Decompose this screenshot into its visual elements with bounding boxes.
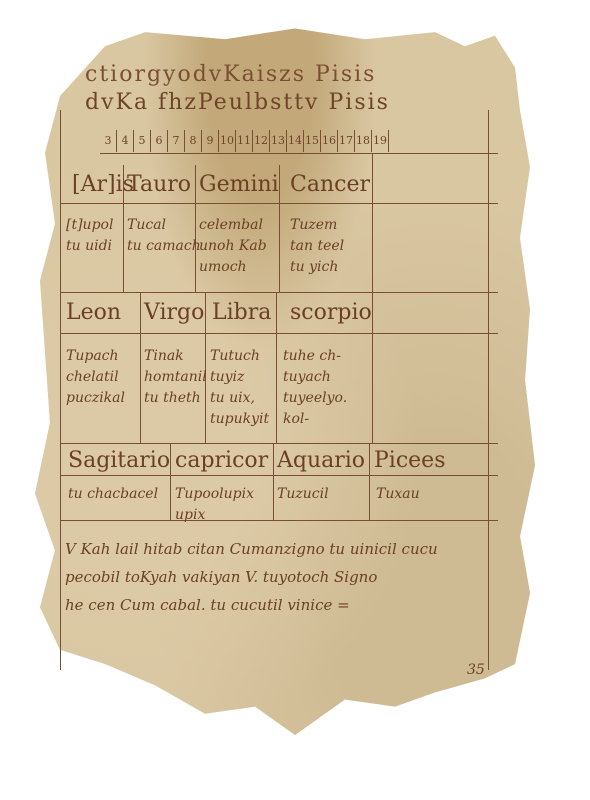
rule-line <box>372 153 373 443</box>
zodiac-sign-virgo: Virgo <box>144 300 204 325</box>
column-number: 4 <box>117 130 134 152</box>
gloss-cancer: Tuzem tan teel tu yich <box>290 215 344 278</box>
header-line-2: dvKa fhzPeulbsttv Pisis <box>85 90 390 115</box>
column-number: 9 <box>202 130 219 152</box>
column-number: 16 <box>321 130 338 152</box>
gloss-virgo: Tinak homtanil tu theth <box>144 346 207 409</box>
zodiac-sign-libra: Libra <box>212 300 271 325</box>
zodiac-sign-scorpio: scorpio <box>290 300 372 325</box>
rule-line <box>279 165 280 293</box>
column-number: 5 <box>134 130 151 152</box>
gloss-pisces: Tuxau <box>376 484 420 505</box>
column-number: 12 <box>253 130 270 152</box>
column-number: 17 <box>338 130 355 152</box>
gloss-libra: Tutuch tuyiz tu uix, tupukyit <box>210 346 269 430</box>
note-line-1: V Kah lail hitab citan Cumanzigno tu uin… <box>65 540 438 558</box>
column-numbers: 3 4 5 6 7 8 9 10 11 12 13 14 15 16 17 18… <box>100 130 389 152</box>
header-line-1: ctiorgyodvKaiszs Pisis <box>85 62 376 87</box>
zodiac-sign-aries: [Ar]is <box>72 172 134 197</box>
zodiac-sign-sagittarius: Sagitario <box>68 448 170 473</box>
zodiac-sign-leo: Leon <box>66 300 121 325</box>
column-number: 3 <box>100 130 117 152</box>
rule-line <box>60 475 498 476</box>
gloss-scorpio: tuhe ch- tuyach tuyeelyo. kol- <box>283 346 347 430</box>
gloss-gemini: celembal unoh Kab umoch <box>199 215 267 278</box>
gloss-sagittarius: tu chacbacel <box>68 484 158 505</box>
column-number: 6 <box>151 130 168 152</box>
zodiac-sign-gemini: Gemini <box>199 172 279 197</box>
zodiac-sign-pisces: Picees <box>374 448 446 473</box>
rule-line <box>140 293 141 443</box>
column-number: 15 <box>304 130 321 152</box>
rule-line <box>170 443 171 520</box>
gloss-leo: Tupach chelatil puczikal <box>66 346 125 409</box>
column-number: 7 <box>168 130 185 152</box>
gloss-capricorn: Tupoolupix upix <box>175 484 254 526</box>
column-number: 13 <box>270 130 287 152</box>
column-number: 8 <box>185 130 202 152</box>
zodiac-sign-aquarius: Aquario <box>277 448 365 473</box>
rule-line <box>276 293 277 443</box>
rule-line <box>273 443 274 520</box>
rule-line <box>100 153 498 154</box>
gloss-aquarius: Tuzucil <box>277 484 329 505</box>
rule-line <box>488 110 489 670</box>
column-number: 11 <box>236 130 253 152</box>
rule-line <box>60 110 61 670</box>
gloss-aries: [t]upol tu uidi <box>66 215 113 257</box>
note-line-3: he cen Cum cabal. tu cucutil vinice = <box>65 596 350 614</box>
rule-line <box>369 443 370 520</box>
zodiac-sign-cancer: Cancer <box>290 172 370 197</box>
rule-line <box>60 520 498 521</box>
column-number: 10 <box>219 130 236 152</box>
column-number: 18 <box>355 130 372 152</box>
rule-line <box>60 333 498 334</box>
column-number: 19 <box>372 130 389 152</box>
folio-number: 35 <box>467 662 485 678</box>
note-line-2: pecobil toKyah vakiyan V. tuyotoch Signo <box>65 568 377 586</box>
gloss-taurus: Tucal tu camach <box>127 215 201 257</box>
column-number: 14 <box>287 130 304 152</box>
zodiac-sign-capricorn: capricor <box>175 448 268 473</box>
rule-line <box>60 443 498 444</box>
zodiac-sign-taurus: Tauro <box>127 172 191 197</box>
